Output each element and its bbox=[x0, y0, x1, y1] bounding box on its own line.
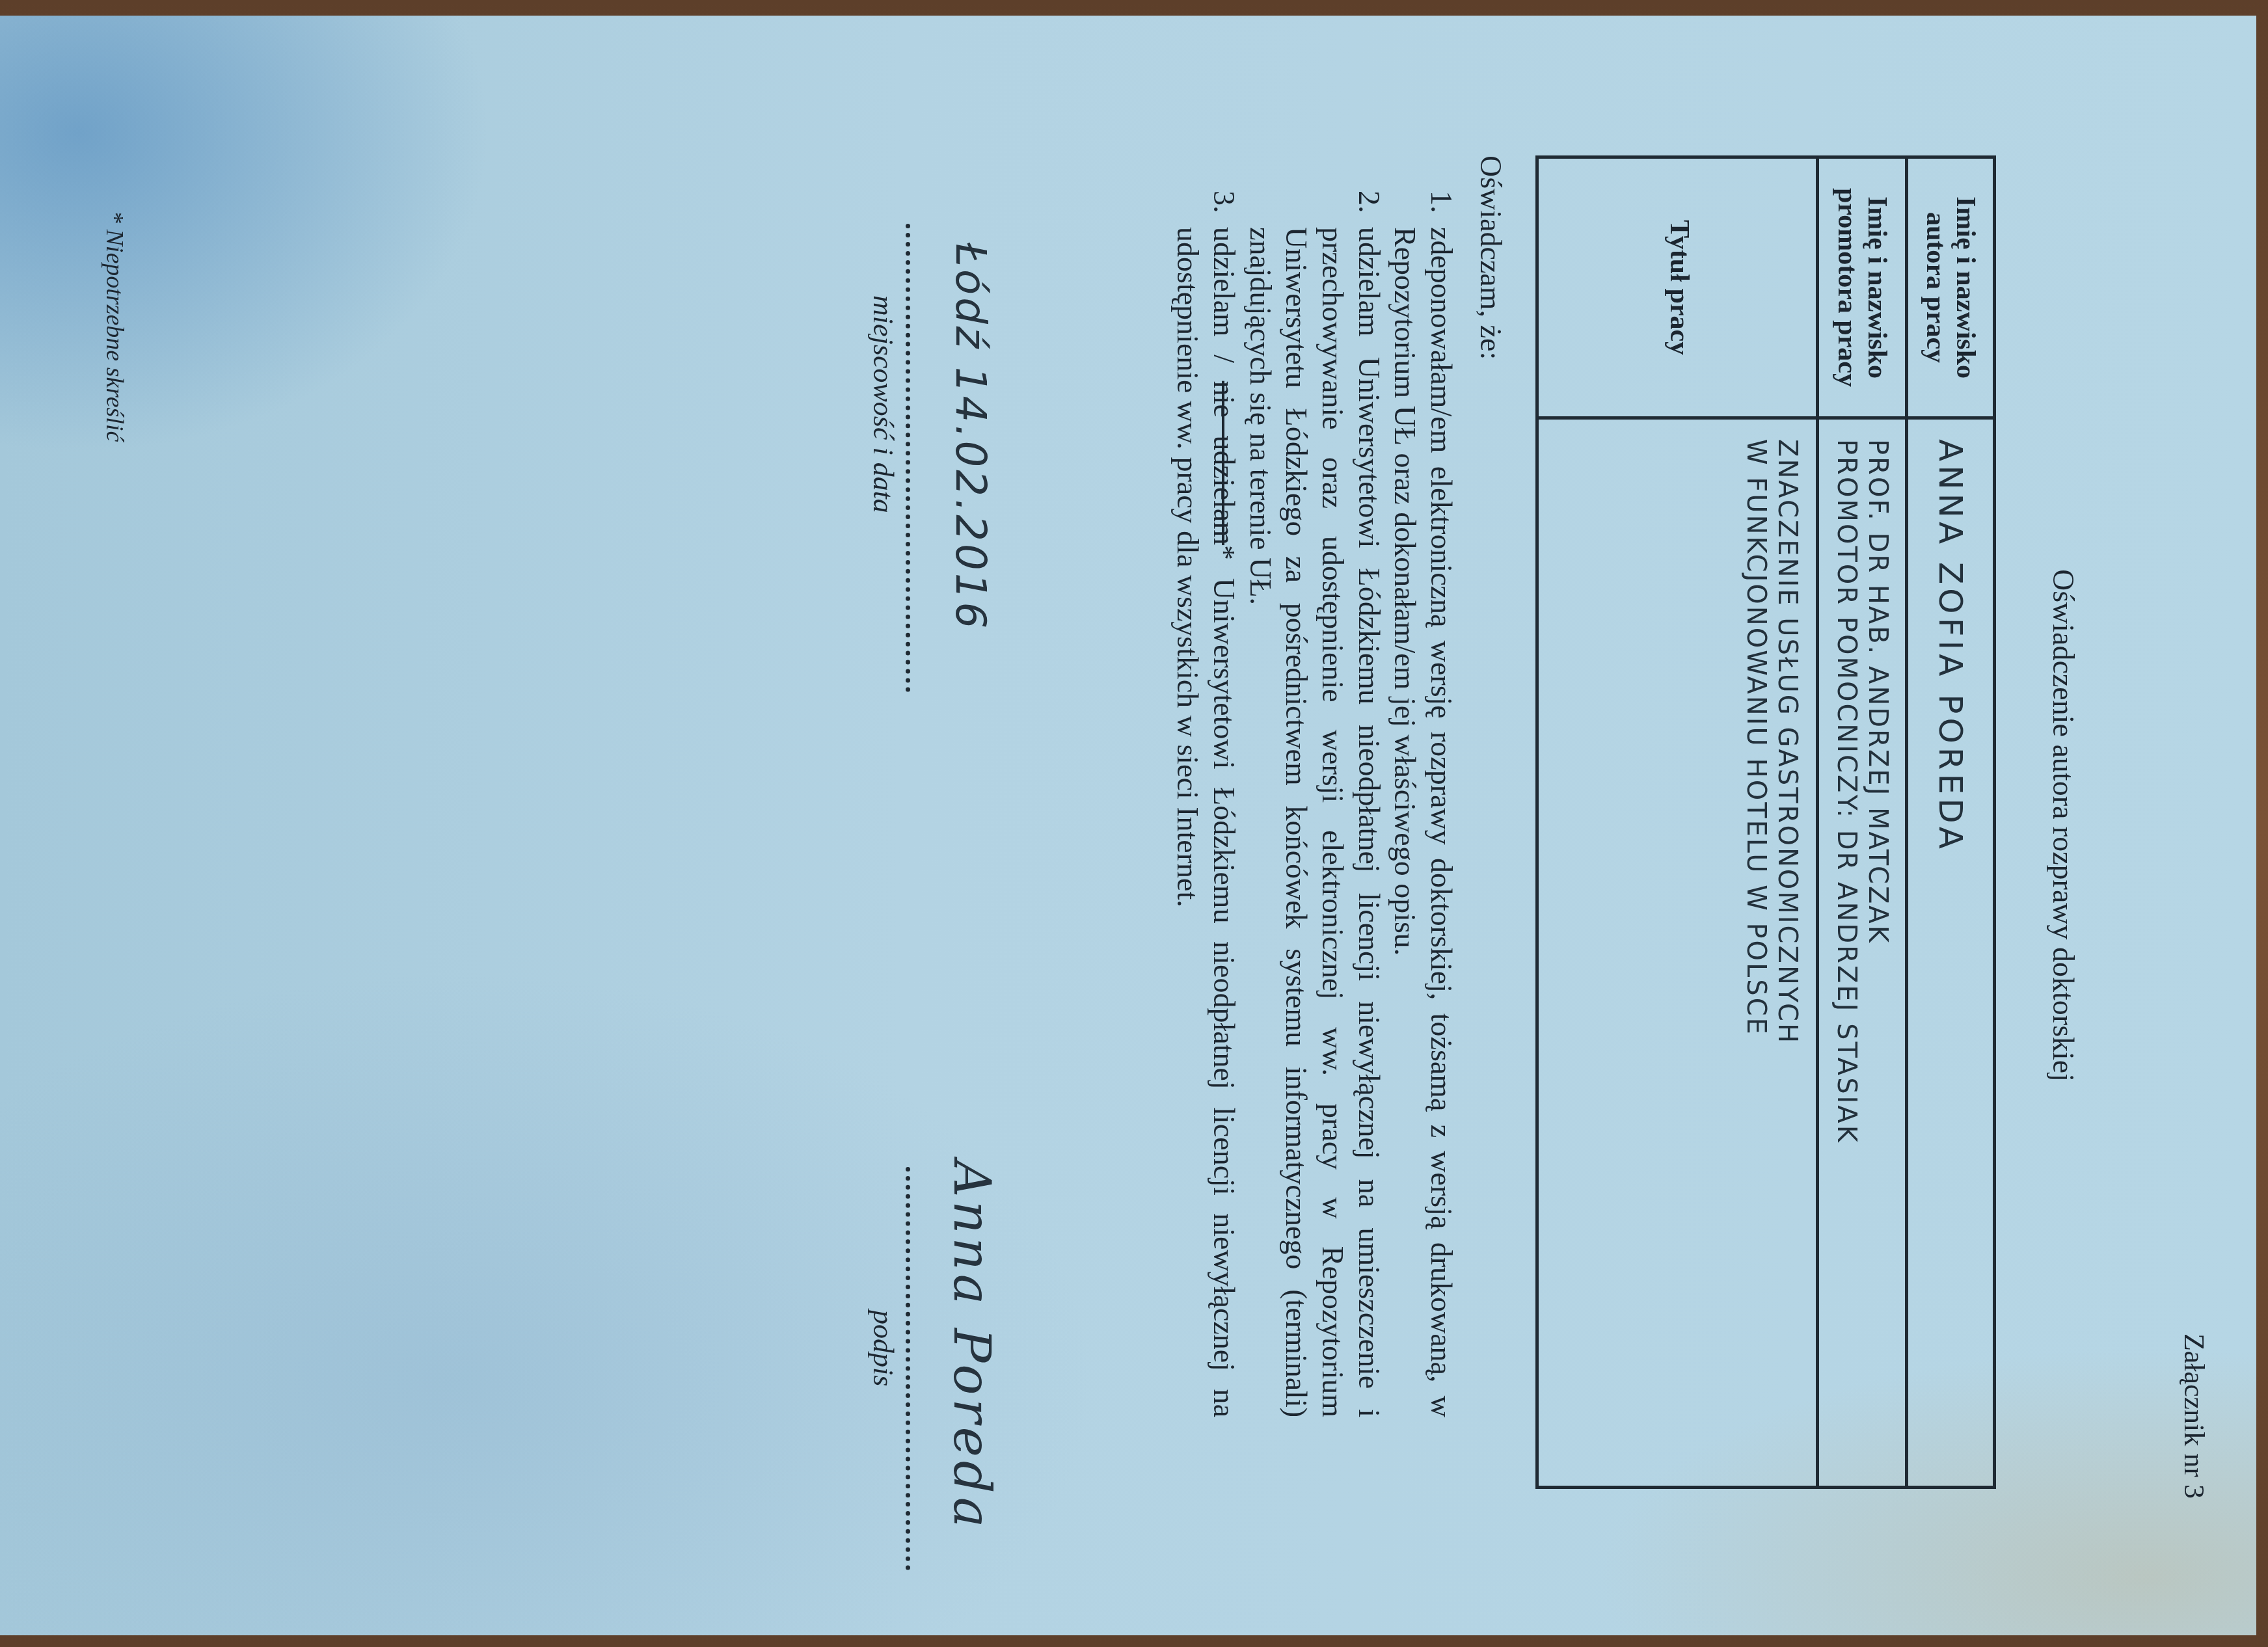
signature-caption: podpis bbox=[867, 1310, 900, 1386]
signature-handwritten: Anna Poreda bbox=[942, 1160, 1001, 1531]
declaration-page: Załącznik nr 3 Oświadczenie autora rozpr… bbox=[0, 16, 2256, 1635]
author-name-value: ANNA ZOFIA POREDA bbox=[1907, 418, 1995, 1488]
statement-text: udzielam Uniwersytetowi Łódzkiemu nieodp… bbox=[1244, 227, 1386, 1417]
thesis-title-line-2: W FUNKCJONOWANIU HOTELU W POLSCE bbox=[1740, 439, 1772, 1466]
statement-item: udzielam / nie udzielam* Uniwersytetowi … bbox=[1170, 221, 1242, 1417]
supervisor-handwritten: PROF. DR HAB. ANDRZEJ MATCZAK bbox=[1862, 439, 1893, 1466]
table-row-author: Imię i nazwisko autora pracy ANNA ZOFIA … bbox=[1907, 157, 1995, 1488]
statement-item: udzielam Uniwersytetowi Łódzkiemu nieodp… bbox=[1242, 221, 1387, 1417]
author-name-handwritten: ANNA ZOFIA POREDA bbox=[1931, 439, 1970, 1466]
annex-number: Załącznik nr 3 bbox=[2178, 1333, 2211, 1499]
place-date-handwritten: Łódź 14.02.2016 bbox=[946, 243, 994, 631]
declaration-statements: zdeponowałam/em elektroniczną wersję roz… bbox=[1170, 155, 1459, 1417]
statement-item: zdeponowałam/em elektroniczną wersję roz… bbox=[1387, 221, 1459, 1417]
table-row-supervisor: Imię i nazwisko promotora pracy PROF. DR… bbox=[1818, 157, 1907, 1488]
table-row-title: Tytuł pracy ZNACZENIE USŁUG GASTRONOMICZ… bbox=[1537, 157, 1818, 1488]
thesis-title-line-1: ZNACZENIE USŁUG GASTRONOMICZNYCH bbox=[1772, 439, 1803, 1466]
footnote: * Niepotrzebne skreślić bbox=[100, 211, 129, 442]
thesis-title-label: Tytuł pracy bbox=[1537, 157, 1818, 418]
place-date-caption: miejscowość i data bbox=[867, 295, 900, 513]
paper-sheet: Załącznik nr 3 Oświadczenie autora rozpr… bbox=[0, 16, 2256, 1635]
declaration-intro: Oświadczam, że: bbox=[1474, 155, 1508, 360]
thesis-title-value: ZNACZENIE USŁUG GASTRONOMICZNYCH W FUNKC… bbox=[1537, 418, 1818, 1488]
document-title: Oświadczenie autora rozprawy doktorskiej bbox=[2046, 16, 2081, 1635]
statement-text: zdeponowałam/em elektroniczną wersję roz… bbox=[1388, 227, 1458, 1417]
supervisor-name-value: PROF. DR HAB. ANDRZEJ MATCZAK PROMOTOR P… bbox=[1818, 418, 1907, 1488]
author-name-label: Imię i nazwisko autora pracy bbox=[1907, 157, 1995, 418]
supervisor-name-label: Imię i nazwisko promotora pracy bbox=[1818, 157, 1907, 418]
struck-out-option: nie udzielam bbox=[1208, 381, 1241, 545]
thesis-info-table: Imię i nazwisko autora pracy ANNA ZOFIA … bbox=[1535, 155, 1996, 1489]
statement-text-before: udzielam / bbox=[1208, 227, 1241, 381]
assistant-supervisor-handwritten: PROMOTOR POMOCNICZY: DR ANDRZEJ STASIAK bbox=[1831, 439, 1862, 1466]
